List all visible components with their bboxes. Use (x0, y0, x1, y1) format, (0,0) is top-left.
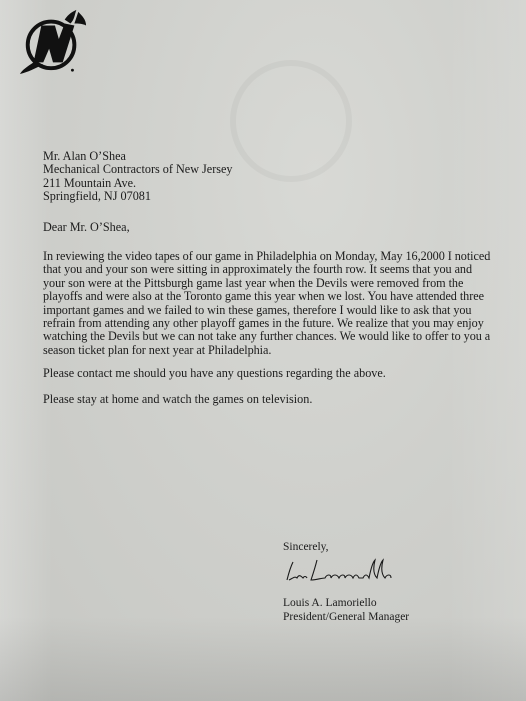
watermark-seal (230, 60, 352, 182)
signer-title: President/General Manager (283, 611, 409, 625)
recipient-city: Springfield, NJ 07081 (43, 190, 233, 203)
body-paragraph-2: Please contact me should you have any qu… (43, 367, 386, 380)
valediction: Sincerely, (283, 541, 329, 553)
signer-block: Louis A. Lamoriello President/General Ma… (283, 597, 409, 624)
salutation: Dear Mr. O’Shea, (43, 221, 130, 234)
recipient-address: Mr. Alan O’Shea Mechanical Contractors o… (43, 150, 233, 204)
recipient-street: 211 Mountain Ave. (43, 177, 233, 190)
recipient-name: Mr. Alan O’Shea (43, 150, 233, 163)
body-paragraph-3: Please stay at home and watch the games … (43, 393, 312, 406)
letter-page: Mr. Alan O’Shea Mechanical Contractors o… (0, 0, 526, 701)
devils-logo-icon (14, 6, 92, 76)
signer-name: Louis A. Lamoriello (283, 597, 409, 611)
signature-icon (283, 556, 408, 586)
body-paragraph-1: In reviewing the video tapes of our game… (43, 250, 493, 357)
recipient-organization: Mechanical Contractors of New Jersey (43, 163, 233, 176)
